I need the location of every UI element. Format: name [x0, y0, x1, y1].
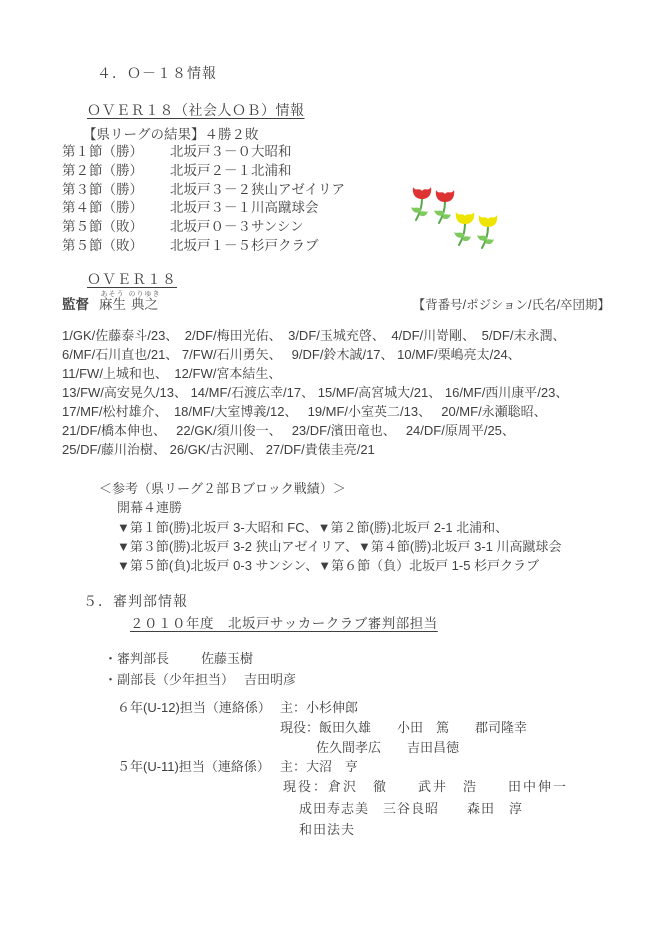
u11-main-person: 主：大沼 亨	[280, 756, 358, 775]
u11-active-members-line1: 現役：倉沢 徹 武井 浩 田中伸一	[283, 776, 568, 795]
vice-label: ・副部長（少年担当）	[104, 672, 234, 687]
match-score: 北坂戸３－２狭山アゼイリア	[170, 181, 345, 200]
u11-label: ５年(U-11)担当（連絡係）	[117, 756, 280, 775]
newsletter-page: { "section4": { "title": "４．Ｏ－１８情報" }, "…	[0, 0, 668, 945]
tulip-leaf	[454, 232, 464, 238]
league-results-list: 第１節（勝） 北坂戸３－０大昭和 第２節（勝） 北坂戸２－１北浦和 第３節（勝）…	[62, 143, 345, 256]
roster-line: 17/MF/松村雄介、 18/MF/大室博義/12、 19/MF/小室英二/13…	[62, 402, 627, 421]
tulip-icon	[454, 212, 474, 245]
tulip-leaf	[477, 235, 487, 241]
coach-surname: 麻生あそう	[99, 297, 126, 312]
chief-name: 佐藤玉樹	[201, 651, 253, 666]
over18-ob-heading: ＯＶＥＲ１８（社会人ＯＢ）情報	[87, 100, 305, 120]
roster-line: 6/MF/石川直也/21、 7/FW/石川勇矢、 9/DF/鈴木誠/17、 10…	[62, 345, 627, 364]
referee-chief-row: ・審判部長佐藤玉樹	[104, 648, 253, 667]
roster-line: 13/FW/高安晃久/13、 14/MF/石渡広幸/17、 15/MF/高宮城大…	[62, 383, 627, 402]
match-label: 第５節（敗）	[62, 237, 170, 256]
reference-line: ▼第５節(負)北坂戸 0-3 サンシン、▼第６節（負）北坂戸 1-5 杉戸クラブ	[117, 556, 562, 575]
tulip-leaf	[411, 207, 421, 213]
reference-block: ＜参考（県リーグ２部Ｂブロック戦績）＞ 開幕４連勝 ▼第１節(勝)北坂戸 3-大…	[99, 479, 562, 575]
match-score: 北坂戸２－１北浦和	[170, 162, 292, 181]
tulip-icon	[411, 187, 431, 220]
coach-name: 麻生あそう 典之のりゆき	[99, 291, 161, 313]
chief-label: ・審判部長	[104, 651, 169, 666]
reference-line: ▼第１節(勝)北坂戸 3-大昭和 FC、▼第２節(勝)北坂戸 2-1 北浦和、	[117, 518, 562, 537]
tulip-flower	[456, 212, 474, 224]
match-score: 北坂戸０－３サンシン	[170, 218, 304, 237]
referee-vice-row: ・副部長（少年担当）吉田明彦	[104, 669, 296, 688]
u12-main-person: 主：小杉伸郎	[280, 697, 358, 716]
vice-name: 吉田明彦	[244, 672, 296, 687]
section5-title: ５．審判部情報	[83, 591, 188, 611]
u11-duty-row: ５年(U-11)担当（連絡係） 主：大沼 亨	[117, 756, 358, 775]
tulip-flower	[479, 215, 497, 227]
reference-line: ▼第３節(勝)北坂戸 3-2 狭山アゼイリア、▼第４節(勝)北坂戸 3-1 川高…	[117, 537, 562, 556]
u11-active-members-line2: 成田寿志美 三谷良昭 森田 淳	[299, 798, 523, 817]
league-result-subheading: 【県リーグの結果】４勝２敗	[83, 123, 259, 143]
league-result-row: 第３節（勝） 北坂戸３－２狭山アゼイリア	[62, 181, 345, 200]
match-label: 第５節（敗）	[62, 218, 170, 237]
match-label: 第２節（勝）	[62, 162, 170, 181]
coach-givenname: 典之のりゆき	[130, 297, 161, 312]
roster-line: 21/DF/橋本伸也、 22/GK/須川俊一、 23/DF/濱田竜也、 24/D…	[62, 421, 627, 440]
roster-line: 1/GK/佐藤泰斗/23、 2/DF/梅田光佑、 3/DF/玉城充啓、 4/DF…	[62, 326, 627, 345]
match-score: 北坂戸１－５杉戸クラブ	[170, 237, 319, 256]
league-result-row: 第５節（敗） 北坂戸１－５杉戸クラブ	[62, 237, 345, 256]
roster-line: 11/FW/上城和也、 12/FW/宮本結生、	[62, 364, 627, 383]
match-label: 第４節（勝）	[62, 199, 170, 218]
u12-active-members-line1: 現役：飯田久雄 小田 篤 郡司隆幸	[280, 717, 527, 736]
league-result-row: 第５節（敗） 北坂戸０－３サンシン	[62, 218, 345, 237]
roster-list: 1/GK/佐藤泰斗/23、 2/DF/梅田光佑、 3/DF/玉城充啓、 4/DF…	[62, 326, 627, 459]
yellow-tulips-icon	[453, 211, 503, 263]
coach-name-block: 監督 麻生あそう 典之のりゆき	[62, 291, 161, 313]
tulip-flower	[413, 187, 431, 199]
roster-legend: 【背番号/ポジション/氏名/卒団期】	[413, 295, 610, 313]
referee-dept-heading: ２０１０年度 北坂戸サッカークラブ審判部担当	[130, 612, 438, 632]
league-result-row: 第１節（勝） 北坂戸３－０大昭和	[62, 143, 345, 162]
tulip-icon	[477, 215, 497, 248]
match-score: 北坂戸３－０大昭和	[170, 143, 292, 162]
reference-streak: 開幕４連勝	[117, 498, 562, 517]
section4-title: ４．Ｏ－１８情報	[97, 63, 217, 83]
coach-label: 監督	[62, 293, 89, 313]
u12-label: ６年(U-12)担当（連絡係）	[117, 697, 280, 716]
reference-heading: ＜参考（県リーグ２部Ｂブロック戦績）＞	[99, 479, 562, 498]
tulip-leaf	[434, 210, 444, 216]
match-label: 第１節（勝）	[62, 143, 170, 162]
league-result-row: 第４節（勝） 北坂戸３－１川高蹴球会	[62, 199, 345, 218]
match-label: 第３節（勝）	[62, 181, 170, 200]
tulip-flower	[436, 190, 454, 202]
coach-row: 監督 麻生あそう 典之のりゆき 【背番号/ポジション/氏名/卒団期】	[62, 291, 610, 313]
u12-duty-row: ６年(U-12)担当（連絡係） 主：小杉伸郎	[117, 697, 358, 716]
u11-active-members-line3: 和田法夫	[299, 819, 355, 838]
over18-heading: ＯＶＥＲ１８	[87, 269, 177, 289]
tulip-icon	[434, 190, 454, 223]
roster-line: 25/DF/藤川治樹、 26/GK/古沢剛、 27/DF/貴俵圭亮/21	[62, 440, 627, 459]
match-score: 北坂戸３－１川高蹴球会	[170, 199, 319, 218]
u12-active-members-line2: 佐久間孝広 吉田昌徳	[316, 737, 459, 756]
league-result-row: 第２節（勝） 北坂戸２－１北浦和	[62, 162, 345, 181]
